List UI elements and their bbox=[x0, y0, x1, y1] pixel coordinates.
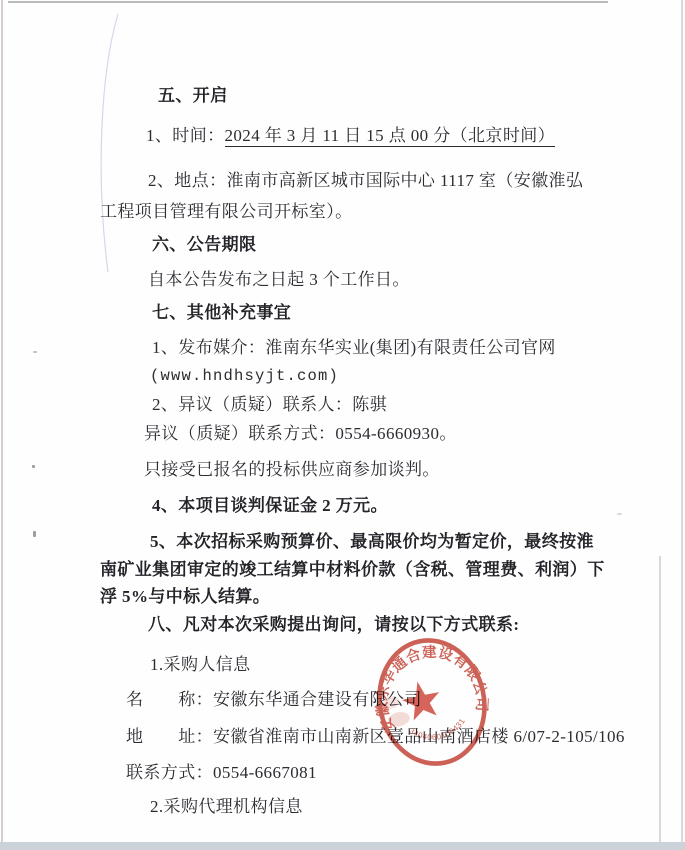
agency-info-header: 2.采购代理机构信息 bbox=[150, 793, 303, 820]
notice-period-paragraph: 自本公告发布之日起 3 个工作日。 bbox=[148, 266, 410, 293]
participation-note-line: 只接受已报名的投标供应商参加谈判。 bbox=[144, 456, 440, 483]
scanned-document-page: 五、开启 1、时间：2024 年 3 月 11 日 15 点 00 分（北京时间… bbox=[0, 0, 685, 850]
deposit-note-line: 4、本项目谈判保证金 2 万元。 bbox=[152, 492, 388, 519]
purchaser-info-header: 1.采购人信息 bbox=[150, 651, 251, 678]
opening-time-line: 1、时间：2024 年 3 月 11 日 15 点 00 分（北京时间） bbox=[146, 122, 555, 149]
section-heading-supplementary: 七、其他补充事宜 bbox=[152, 299, 291, 326]
scan-right-inner-line bbox=[659, 556, 661, 850]
company-seal-stamp: 安徽东华通合建设有限公司 3404060109431 bbox=[372, 634, 496, 776]
pricing-note-paragraph: 5、本次招标采购预算价、最高限价均为暂定价，最终按淮南矿业集团审定的竣工结算中材… bbox=[100, 528, 606, 611]
opening-time-label: 1、时间： bbox=[146, 126, 225, 145]
svg-text:3404060109431: 3404060109431 bbox=[406, 715, 470, 748]
opening-location-paragraph: 2、地点：淮南市高新区城市国际中心 1117 室（安徽淮弘工程项目管理有限公司开… bbox=[100, 165, 600, 227]
scan-bottom-strip bbox=[0, 842, 685, 850]
scan-speck bbox=[33, 531, 36, 537]
opening-time-value: 2024 年 3 月 11 日 15 点 00 分（北京时间） bbox=[225, 126, 556, 147]
publication-media-line: 1、发布媒介：淮南东华实业(集团)有限责任公司官网 bbox=[152, 334, 556, 361]
section-heading-opening: 五、开启 bbox=[158, 82, 228, 109]
publication-media-url: (www.hndhsyjt.com) bbox=[150, 363, 339, 390]
section-heading-notice-period: 六、公告期限 bbox=[152, 231, 256, 258]
scan-right-edge bbox=[681, 0, 683, 850]
scan-speck bbox=[32, 465, 35, 468]
seal-organization-arc-text: 安徽东华通合建设有限公司 bbox=[372, 634, 494, 737]
objection-contact-line: 2、异议（质疑）联系人：陈骐 bbox=[152, 391, 387, 418]
scan-speck bbox=[33, 351, 37, 353]
svg-text:安徽东华通合建设有限公司: 安徽东华通合建设有限公司 bbox=[372, 634, 494, 737]
objection-phone-line: 异议（质疑）联系方式：0554-6660930。 bbox=[144, 420, 457, 447]
purchaser-phone-line: 联系方式：0554-6667081 bbox=[126, 759, 317, 786]
scan-speck bbox=[617, 513, 622, 515]
seal-serial-number: 3404060109431 bbox=[406, 715, 470, 748]
